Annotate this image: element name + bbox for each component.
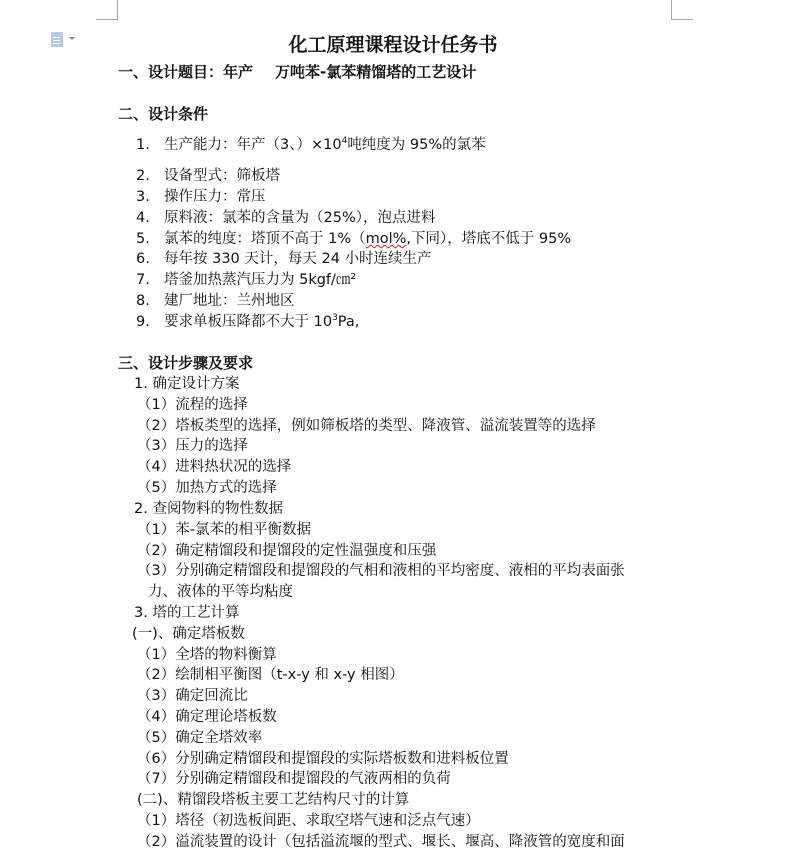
step-line: 1. 确定设计方案 xyxy=(134,374,239,394)
step-line: （4）进料热状况的选择 xyxy=(137,457,291,477)
step-line: （5）加热方式的选择 xyxy=(137,478,277,498)
condition-item: 7.塔釜加热蒸汽压力为 5kgf/㎝² xyxy=(136,270,356,290)
step-line: （2）绘制相平衡图（t-x-y 和 x-y 相图） xyxy=(137,665,404,685)
condition-item: 6.每年按 330 天计，每天 24 小时连续生产 xyxy=(136,249,432,269)
item-text: 操作压力：常压 xyxy=(164,189,266,205)
item-text: 原料液：氯苯的含量为（25%），泡点进料 xyxy=(164,210,435,226)
condition-item: 4.原料液：氯苯的含量为（25%），泡点进料 xyxy=(136,208,435,228)
item-number: 7. xyxy=(136,270,164,290)
step-line: 力、液体的平等均粘度 xyxy=(148,582,293,602)
step-line: （4）确定理论塔板数 xyxy=(137,707,277,727)
step-line: （3）确定回流比 xyxy=(137,686,248,706)
spellcheck-mark[interactable]: mol% xyxy=(366,231,407,247)
step-line: （7）分别确定精馏段和提馏段的气液两相的负荷 xyxy=(137,769,451,789)
section-1-label: 一、设计题目：年产 xyxy=(118,63,253,81)
crop-mark-top-right xyxy=(671,19,693,20)
condition-item: 1.生产能力：年产（3、）×104吨纯度为 95%的氯苯 xyxy=(136,135,486,155)
step-line: （2）塔板类型的选择，例如筛板塔的类型、降液管、溢流装置等的选择 xyxy=(137,416,596,436)
item-text: 要求单板压降都不大于 10 xyxy=(164,314,332,330)
item-text: 塔釜加热蒸汽压力为 5kgf/㎝² xyxy=(164,272,356,288)
step-line: 2. 查阅物料的物性数据 xyxy=(134,499,283,519)
item-number: 6. xyxy=(136,249,164,269)
document-title: 化工原理课程设计任务书 xyxy=(0,30,786,57)
item-text: 每年按 330 天计，每天 24 小时连续生产 xyxy=(164,251,432,267)
step-line: （2）溢流装置的设计（包括溢流堰的型式、堰长、堰高、降液管的宽度和面 xyxy=(137,832,625,852)
crop-mark-top-right xyxy=(671,0,672,20)
item-text: 氯苯的纯度：塔顶不高于 1%（ xyxy=(164,231,366,247)
step-line: （3）压力的选择 xyxy=(137,436,248,456)
step-line: （6）分别确定精馏段和提馏段的实际塔板数和进料板位置 xyxy=(137,749,509,769)
condition-item: 8.建厂地址：兰州地区 xyxy=(136,291,295,311)
condition-item: 3.操作压力：常压 xyxy=(136,187,266,207)
section-2-heading: 二、设计条件 xyxy=(118,104,208,124)
condition-item: 5.氯苯的纯度：塔顶不高于 1%（mol%,下同），塔底不低于 95% xyxy=(136,229,571,249)
item-number: 5. xyxy=(136,229,164,249)
item-number: 1. xyxy=(136,135,164,155)
step-line: (二)、精馏段塔板主要工艺结构尺寸的计算 xyxy=(137,790,409,810)
step-line: （1）苯-氯苯的相平衡数据 xyxy=(137,520,311,540)
crop-mark-top-left xyxy=(117,0,118,20)
section-3-heading: 三、设计步骤及要求 xyxy=(118,353,253,373)
item-text: 吨纯度为 95%的氯苯 xyxy=(347,137,485,153)
step-line: （1）流程的选择 xyxy=(137,395,248,415)
section-1-heading: 一、设计题目：年产万吨苯-氯苯精馏塔的工艺设计 xyxy=(118,62,476,82)
item-number: 4. xyxy=(136,208,164,228)
step-line: （3）分别确定精馏段和提馏段的气相和液相的平均密度、液相的平均表面张 xyxy=(137,561,625,581)
item-text: 建厂地址：兰州地区 xyxy=(164,293,295,309)
item-text: Pa, xyxy=(338,314,360,330)
step-line: (一)、确定塔板数 xyxy=(132,624,245,644)
item-number: 2. xyxy=(136,166,164,186)
item-text: 设备型式：筛板塔 xyxy=(164,168,280,184)
item-text: ,下同），塔底不低于 95% xyxy=(406,231,571,247)
step-line: （5）确定全塔效率 xyxy=(137,728,262,748)
step-line: （1）全塔的物料衡算 xyxy=(137,645,277,665)
section-1-title: 万吨苯-氯苯精馏塔的工艺设计 xyxy=(275,63,476,81)
condition-item: 9.要求单板压降都不大于 103Pa, xyxy=(136,312,359,332)
condition-item: 2.设备型式：筛板塔 xyxy=(136,166,280,186)
step-line: 3. 塔的工艺计算 xyxy=(134,603,239,623)
item-number: 3. xyxy=(136,187,164,207)
item-number: 8. xyxy=(136,291,164,311)
step-line: （1）塔径（初选板间距、求取空塔气速和泛点气速） xyxy=(137,811,480,831)
item-number: 9. xyxy=(136,312,164,332)
item-text: 生产能力：年产（3、）×10 xyxy=(164,137,342,153)
step-line: （2）确定精馏段和提馏段的定性温强度和压强 xyxy=(137,541,436,561)
crop-mark-top-left xyxy=(96,19,118,20)
